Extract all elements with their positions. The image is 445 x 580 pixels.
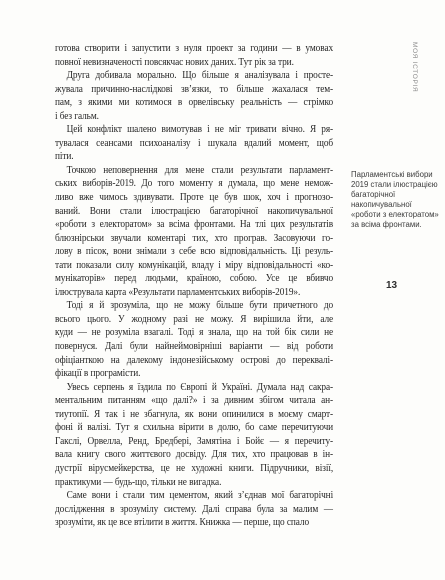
text-line: тувалася сеансами психоаналізу і шукала … [55, 137, 333, 151]
paragraph: Тоді я й зрозуміла, що не можу більше бу… [55, 299, 333, 380]
margin-note-line: Парламентські вибори [351, 170, 441, 180]
text-line: зрозуміти, як це все втілити в життя. Кн… [55, 516, 333, 530]
margin-note-line: накопичувальної [351, 200, 441, 210]
text-line: Увесь серпень я їздила по Європі й Украї… [55, 381, 333, 395]
text-line: Цей конфлікт шалено вимотував і не міг т… [55, 123, 333, 137]
text-line: Саме вони і стали тим цементом, який з’є… [55, 489, 333, 503]
text-line: «роботи з електоратом» за всіма фронтами… [55, 218, 333, 232]
paragraph: Друга добивала морально. Що більше я ана… [55, 69, 333, 123]
page-number: 13 [386, 280, 397, 291]
paragraph: готова створити і запустити з нуля проек… [55, 42, 333, 69]
margin-note-line: 2019 стали ілюстрацією [351, 180, 441, 190]
text-line: ілюструвала карта «Результати парламентс… [55, 286, 333, 300]
text-line: всього цього. У жодному разі не можу. Я … [55, 313, 333, 327]
paragraph: Саме вони і стали тим цементом, який з’є… [55, 489, 333, 530]
text-line: ливо вже чимось здивувати. Проте це був … [55, 191, 333, 205]
margin-note-line: за всіма фронтами. [351, 220, 441, 230]
text-line: піти. [55, 150, 333, 164]
text-line: і без гальм. [55, 110, 333, 124]
text-line: мунікаторів» перед людьми, країною, собо… [55, 272, 333, 286]
paragraph: Точкою неповернення для мене стали резул… [55, 164, 333, 299]
text-line: ських виборів-2019. До того моменту я ду… [55, 177, 333, 191]
text-line: Тоді я й зрозуміла, що не можу більше бу… [55, 299, 333, 313]
text-line: тиутопії. Я так і не збагнула, як вони о… [55, 408, 333, 422]
margin-note: Парламентські вибори2019 стали ілюстраці… [351, 170, 441, 230]
paragraph: Увесь серпень я їздила по Європі й Украї… [55, 381, 333, 489]
margin-note-line: «роботи з електоратом» [351, 210, 441, 220]
text-line: ментальним питанням «що далі?» і за дивн… [55, 394, 333, 408]
book-page: готова створити і запустити з нуля проек… [0, 0, 445, 580]
text-line: тати показали силу комунікацій, владу і … [55, 259, 333, 273]
margin-note-line: багаторічної [351, 190, 441, 200]
text-line: готова створити і запустити з нуля проек… [55, 42, 333, 56]
text-line: дослідження в зрозумілу систему. Далі сп… [55, 503, 333, 517]
text-line: практикуми — будь-що, тільки не вигадка. [55, 476, 333, 490]
text-line: офіціанткою на далекому індонезійському … [55, 354, 333, 368]
text-line: жувала причинно-наслідкові зв’язки, то б… [55, 83, 333, 97]
text-line: блюзнірськи звучали коментарі тих, хто п… [55, 232, 333, 246]
running-head: МОЯ ІСТОРІЯ [411, 42, 418, 112]
text-line: ваний. Вони стали ілюстрацією багаторічн… [55, 205, 333, 219]
text-line: лову в пісок, вони знімали з себе всю ві… [55, 245, 333, 259]
text-line: фоні й валізі. Тут я схильна вірити в до… [55, 421, 333, 435]
text-line: повної невизначеності повсякчас нових да… [55, 56, 333, 70]
text-line: Точкою неповернення для мене стали резул… [55, 164, 333, 178]
paragraph: Цей конфлікт шалено вимотував і не міг т… [55, 123, 333, 164]
body-text: готова створити і запустити з нуля проек… [55, 42, 333, 530]
text-line: дустрії вірусмейкерства, це не художні к… [55, 462, 333, 476]
text-line: фікації в програмісти. [55, 367, 333, 381]
text-line: Гакслі, Орвелла, Ренд, Бредбері, Замятін… [55, 435, 333, 449]
text-line: вала книгу свого життєвого досвіду. Для … [55, 448, 333, 462]
text-line: повернуся. Далі були найнеймовірніші вар… [55, 340, 333, 354]
text-line: куди — не розуміла взагалі. Тоді я знала… [55, 326, 333, 340]
text-line: Друга добивала морально. Що більше я ана… [55, 69, 333, 83]
text-line: пам, з якими ми котимося в орвелівську р… [55, 96, 333, 110]
